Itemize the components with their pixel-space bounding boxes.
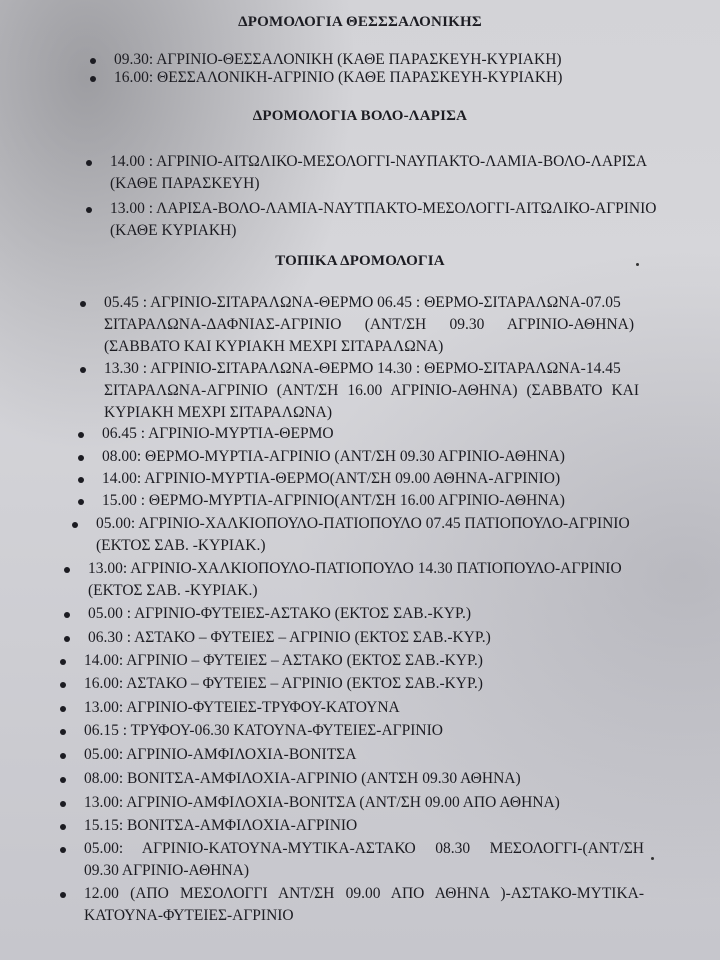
list-item: 06.30 : ΑΣΤΑΚΟ – ΦΥΤΕΙΕΣ – ΑΓΡΙΝΙΟ (ΕΚΤΟ…	[88, 627, 491, 649]
section-title-volo-larisa: ΔΡΟΜΟΛΟΓΙΑ ΒΟΛΟ-ΛΑΡΙΣΑ	[0, 108, 720, 125]
bullet-icon	[60, 892, 66, 898]
bullet-icon	[60, 659, 66, 665]
list-item: 05.00: ΑΓΡΙΝΙΟ-ΚΑΤΟΥΝΑ-ΜΥΤΙΚΑ-ΑΣΤΑΚΟ 08.…	[84, 838, 644, 882]
bullet-icon	[78, 499, 84, 505]
list-item: 05.00 : ΑΓΡΙΝΙΟ-ΦΥΤΕΙΕΣ-ΑΣΤΑΚΟ (ΕΚΤΟΣ ΣΑ…	[88, 603, 471, 625]
bullet-icon	[60, 847, 66, 853]
bullet-icon	[64, 636, 70, 642]
list-item: 14.00: ΑΓΡΙΝΙΟ-ΜΥΡΤΙΑ-ΘΕΡΜΟ(ΑΝΤ/ΣΗ 09.00…	[102, 468, 560, 490]
list-item: 16.00: ΑΣΤΑΚΟ – ΦΥΤΕΙΕΣ – ΑΓΡΙΝΙΟ (ΕΚΤΟΣ…	[84, 673, 483, 695]
bullet-icon	[60, 706, 66, 712]
bullet-icon	[90, 76, 96, 82]
list-item: 15.15: ΒΟΝΙΤΣΑ-ΑΜΦΙΛΟΧΙΑ-ΑΓΡΙΝΙΟ	[84, 815, 357, 837]
list-item: 13.00 : ΛΑΡΙΣΑ-ΒΟΛΟ-ΛΑΜΙΑ-ΝΑΥΤΠΑΚΤΟ-ΜΕΣΟ…	[110, 198, 656, 242]
list-item: 06.45 : ΑΓΡΙΝΙΟ-ΜΥΡΤΙΑ-ΘΕΡΜΟ	[102, 423, 334, 445]
list-item: 14.00: ΑΓΡΙΝΙΟ – ΦΥΤΕΙΕΣ – ΑΣΤΑΚΟ (ΕΚΤΟΣ…	[84, 650, 483, 672]
section-title-thessaloniki: ΔΡΟΜΟΛΟΓΙΑ ΘΕΣΣΣΑΛΟΝΙΚΗΣ	[0, 14, 720, 31]
list-item: 05.00: ΑΓΡΙΝΙΟ-ΑΜΦΙΛΟΧΙΑ-ΒΟΝΙΤΣΑ	[84, 744, 356, 766]
bullet-icon	[60, 824, 66, 830]
bullet-icon	[60, 777, 66, 783]
list-item: 06.15 : ΤΡΥΦΟΥ-06.30 ΚΑΤΟΥΝΑ-ΦΥΤΕΙΕΣ-ΑΓΡ…	[84, 720, 443, 742]
list-item: 05.45 : ΑΓΡΙΝΙΟ-ΣΙΤΑΡΑΛΩΝΑ-ΘΕΡΜΟ 06.45 :…	[104, 292, 634, 358]
schedule-paper: ΔΡΟΜΟΛΟΓΙΑ ΘΕΣΣΣΑΛΟΝΙΚΗΣ 09.30: ΑΓΡΙΝΙΟ-…	[0, 0, 720, 960]
bullet-icon	[64, 612, 70, 618]
section-title-local: ΤΟΠΙΚΑ ΔΡΟΜΟΛΟΓΙΑ	[0, 253, 720, 270]
list-item: 13.00: ΑΓΡΙΝΙΟ-ΦΥΤΕΙΕΣ-ΤΡΥΦΟΥ-ΚΑΤΟΥΝΑ	[84, 697, 400, 719]
list-item: 14.00 : ΑΓΡΙΝΙΟ-ΑΙΤΩΛΙΚΟ-ΜΕΣΟΛΟΓΓΙ-ΝΑΥΠΑ…	[110, 151, 647, 195]
list-item: 13.00: ΑΓΡΙΝΙΟ-ΑΜΦΙΛΟΧΙΑ-ΒΟΝΙΤΣΑ (ΑΝΤ/ΣΗ…	[84, 792, 560, 814]
paper-speck	[636, 263, 639, 266]
bullet-icon	[60, 753, 66, 759]
list-item: 05.00: ΑΓΡΙΝΙΟ-ΧΑΛΚΙΟΠΟΥΛΟ-ΠΑΤΙΟΠΟΥΛΟ 07…	[96, 513, 630, 557]
bullet-icon	[60, 801, 66, 807]
paper-speck	[651, 857, 654, 860]
bullet-icon	[90, 58, 96, 64]
bullet-icon	[64, 567, 70, 573]
list-item: 13.30 : ΑΓΡΙΝΙΟ-ΣΙΤΑΡΑΛΩΝΑ-ΘΕΡΜΟ 14.30 :…	[104, 358, 639, 424]
bullet-icon	[78, 477, 84, 483]
list-item: 13.00: ΑΓΡΙΝΙΟ-ΧΑΛΚΙΟΠΟΥΛΟ-ΠΑΤΙΟΠΟΥΛΟ 14…	[88, 558, 622, 602]
list-item: 12.00 (ΑΠΟ ΜΕΣΟΛΟΓΓΙ ΑΝΤ/ΣΗ 09.00 ΑΠΟ ΑΘ…	[84, 883, 644, 927]
bullet-icon	[78, 432, 84, 438]
list-item: 16.00: ΘΕΣΣΑΛΟΝΙΚΗ-ΑΓΡΙΝΙΟ (ΚΑΘΕ ΠΑΡΑΣΚΕ…	[114, 67, 562, 89]
list-item: 08.00: ΘΕΡΜΟ-ΜΥΡΤΙΑ-ΑΓΡΙΝΙΟ (ΑΝΤ/ΣΗ 09.3…	[102, 446, 565, 468]
bullet-icon	[60, 682, 66, 688]
bullet-icon	[80, 301, 86, 307]
list-item: 08.00: ΒΟΝΙΤΣΑ-ΑΜΦΙΛΟΧΙΑ-ΑΓΡΙΝΙΟ (ΑΝΤΣΗ …	[84, 768, 521, 790]
bullet-icon	[86, 207, 92, 213]
bullet-icon	[72, 522, 78, 528]
bullet-icon	[86, 160, 92, 166]
list-item: 15.00 : ΘΕΡΜΟ-ΜΥΡΤΙΑ-ΑΓΡΙΝΙΟ(ΑΝΤ/ΣΗ 16.0…	[102, 490, 565, 512]
bullet-icon	[60, 729, 66, 735]
bullet-icon	[80, 367, 86, 373]
bullet-icon	[78, 455, 84, 461]
